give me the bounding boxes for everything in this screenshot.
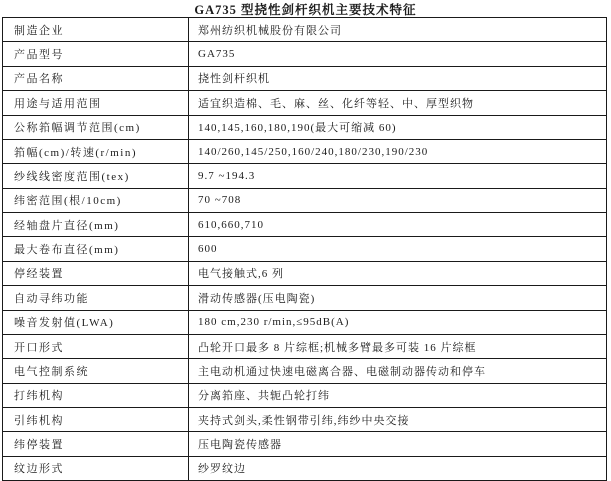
spec-table: 制造企业 郑州纺织机械股份有限公司 产品型号 GA735 产品名称 挠性剑杆织机…	[2, 17, 607, 481]
table-row: 筘幅(cm)/转速(r/min) 140/260,145/250,160/240…	[3, 140, 606, 164]
spec-label-cell: 噪音发射值(LWA)	[3, 311, 189, 334]
table-row: 最大卷布直径(mm) 600	[3, 237, 606, 261]
spec-value-cell: 夹持式剑头,柔性钢带引纬,纬纱中央交接	[189, 408, 606, 431]
table-row: 纹边形式 纱罗纹边	[3, 457, 606, 480]
spec-value-cell: 140/260,145/250,160/240,180/230,190/230	[189, 140, 606, 163]
spec-label-cell: 纱线线密度范围(tex)	[3, 164, 189, 187]
spec-label-cell: 产品名称	[3, 67, 189, 90]
table-row: 自动寻纬功能 滑动传感器(压电陶瓷)	[3, 286, 606, 310]
spec-label-cell: 引纬机构	[3, 408, 189, 431]
table-row: 纬停装置 压电陶瓷传感器	[3, 432, 606, 456]
spec-label-cell: 最大卷布直径(mm)	[3, 237, 189, 260]
spec-value-cell: 600	[189, 237, 606, 260]
table-row: 纬密范围(根/10cm) 70 ~708	[3, 189, 606, 213]
spec-value-cell: 压电陶瓷传感器	[189, 432, 606, 455]
document-page: GA735 型挠性剑杆织机主要技术特征 制造企业 郑州纺织机械股份有限公司 产品…	[0, 0, 611, 481]
table-row: 打纬机构 分离筘座、共轭凸轮打纬	[3, 384, 606, 408]
page-title: GA735 型挠性剑杆织机主要技术特征	[0, 0, 611, 17]
spec-value-cell: GA735	[189, 42, 606, 65]
table-row: 引纬机构 夹持式剑头,柔性钢带引纬,纬纱中央交接	[3, 408, 606, 432]
spec-value-cell: 610,660,710	[189, 213, 606, 236]
table-row: 停经装置 电气接触式,6 列	[3, 262, 606, 286]
table-row: 开口形式 凸轮开口最多 8 片综框;机械多臂最多可装 16 片综框	[3, 335, 606, 359]
spec-value-cell: 郑州纺织机械股份有限公司	[189, 18, 606, 41]
spec-value-cell: 70 ~708	[189, 189, 606, 212]
spec-label-cell: 停经装置	[3, 262, 189, 285]
spec-value-cell: 主电动机通过快速电磁离合器、电磁制动器传动和停车	[189, 359, 606, 382]
table-row: 产品名称 挠性剑杆织机	[3, 67, 606, 91]
table-row: 用途与适用范围 适宜织造棉、毛、麻、丝、化纤等轻、中、厚型织物	[3, 91, 606, 115]
spec-label-cell: 打纬机构	[3, 384, 189, 407]
spec-value-cell: 分离筘座、共轭凸轮打纬	[189, 384, 606, 407]
spec-label-cell: 公称筘幅调节范围(cm)	[3, 116, 189, 139]
spec-label-cell: 纹边形式	[3, 457, 189, 480]
table-row: 公称筘幅调节范围(cm) 140,145,160,180,190(最大可缩减 6…	[3, 116, 606, 140]
spec-value-cell: 9.7 ~194.3	[189, 164, 606, 187]
table-row: 经轴盘片直径(mm) 610,660,710	[3, 213, 606, 237]
spec-label-cell: 纬密范围(根/10cm)	[3, 189, 189, 212]
spec-label-cell: 用途与适用范围	[3, 91, 189, 114]
spec-value-cell: 180 cm,230 r/min,≤95dB(A)	[189, 311, 606, 334]
spec-value-cell: 纱罗纹边	[189, 457, 606, 480]
table-row: 噪音发射值(LWA) 180 cm,230 r/min,≤95dB(A)	[3, 311, 606, 335]
spec-label-cell: 开口形式	[3, 335, 189, 358]
spec-value-cell: 适宜织造棉、毛、麻、丝、化纤等轻、中、厚型织物	[189, 91, 606, 114]
spec-label-cell: 纬停装置	[3, 432, 189, 455]
spec-label-cell: 经轴盘片直径(mm)	[3, 213, 189, 236]
spec-value-cell: 滑动传感器(压电陶瓷)	[189, 286, 606, 309]
table-row: 制造企业 郑州纺织机械股份有限公司	[3, 18, 606, 42]
spec-value-cell: 140,145,160,180,190(最大可缩减 60)	[189, 116, 606, 139]
spec-label-cell: 产品型号	[3, 42, 189, 65]
spec-label-cell: 自动寻纬功能	[3, 286, 189, 309]
spec-label-cell: 制造企业	[3, 18, 189, 41]
spec-value-cell: 凸轮开口最多 8 片综框;机械多臂最多可装 16 片综框	[189, 335, 606, 358]
spec-value-cell: 电气接触式,6 列	[189, 262, 606, 285]
spec-label-cell: 电气控制系统	[3, 359, 189, 382]
table-row: 电气控制系统 主电动机通过快速电磁离合器、电磁制动器传动和停车	[3, 359, 606, 383]
table-row: 产品型号 GA735	[3, 42, 606, 66]
spec-value-cell: 挠性剑杆织机	[189, 67, 606, 90]
spec-label-cell: 筘幅(cm)/转速(r/min)	[3, 140, 189, 163]
table-row: 纱线线密度范围(tex) 9.7 ~194.3	[3, 164, 606, 188]
